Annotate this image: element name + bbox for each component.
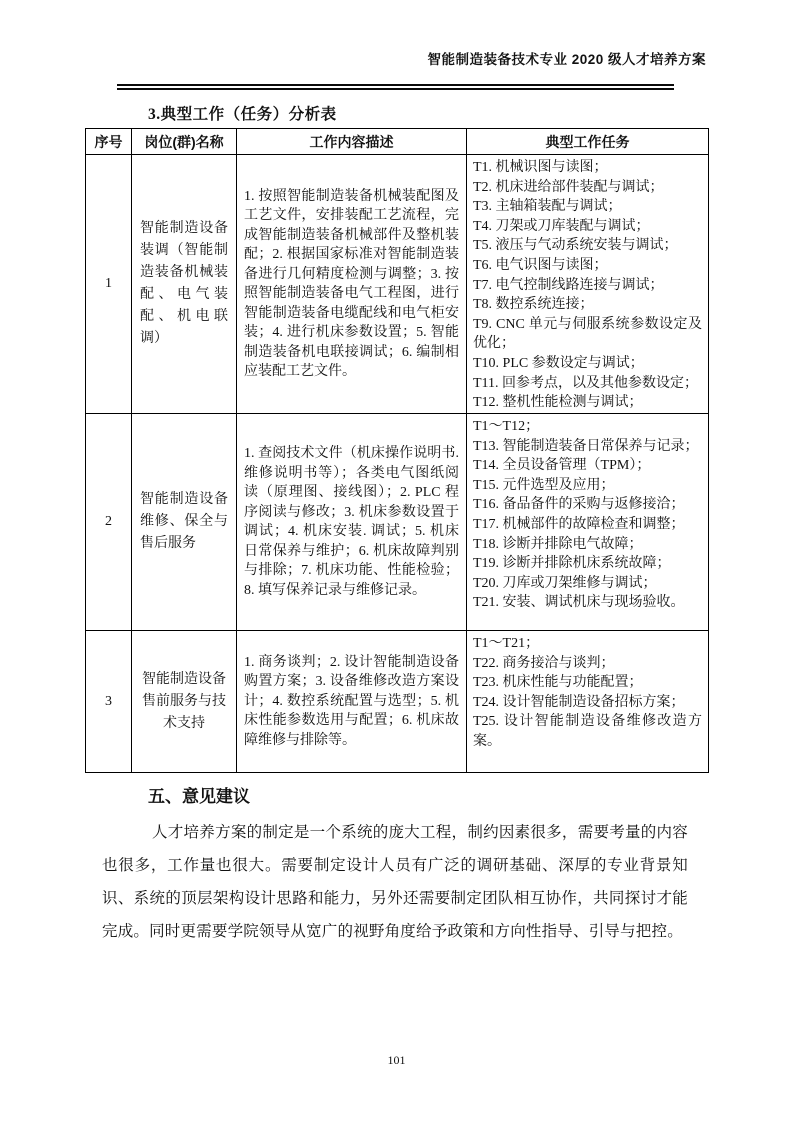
task-line: T17. 机械部件的故障检查和调整；: [473, 515, 702, 535]
table-row: 3 智能制造设备售前服务与技术支持 1. 商务谈判；2. 设计智能制造设备购置方…: [86, 631, 709, 773]
task-line: T1～T21；: [473, 634, 702, 654]
header-cell-tasks: 典型工作任务: [467, 129, 709, 155]
work-description-cell: 1. 查阅技术文件（机床操作说明书. 维修说明书等）；各类电气图纸阅读（原理图、…: [237, 414, 467, 631]
task-line: T12. 整机性能检测与调试；: [473, 393, 702, 413]
typical-tasks-cell: T1～T21；T22. 商务接洽与谈判；T23. 机床性能与功能配置；T24. …: [467, 631, 709, 773]
task-line: T1～T12；: [473, 417, 702, 437]
task-line: T14. 全员设备管理（TPM）；: [473, 456, 702, 476]
row-number-cell: 3: [86, 631, 132, 773]
task-line: T20. 刀库或刀架维修与调试；: [473, 574, 702, 594]
table-header-row: 序号 岗位(群)名称 工作内容描述 典型工作任务: [86, 129, 709, 155]
job-name-cell: 智能制造设备售前服务与技术支持: [132, 631, 237, 773]
header-rule: [117, 84, 674, 90]
task-line: T2. 机床进给部件装配与调试；: [473, 178, 702, 198]
header-cell-number: 序号: [86, 129, 132, 155]
task-line: T5. 液压与气动系统安装与调试；: [473, 236, 702, 256]
task-line: T15. 元件选型及应用；: [473, 476, 702, 496]
section-title: 五、意见建议: [148, 782, 250, 807]
task-line: T16. 备品备件的采购与返修接洽；: [473, 495, 702, 515]
table-row: 2 智能制造设备维修、保全与售后服务 1. 查阅技术文件（机床操作说明书. 维修…: [86, 414, 709, 631]
header-cell-description: 工作内容描述: [237, 129, 467, 155]
task-line: T18. 诊断并排除电气故障；: [473, 535, 702, 555]
task-line: T4. 刀架或刀库装配与调试；: [473, 217, 702, 237]
task-line: T24. 设计智能制造设备招标方案；: [473, 693, 702, 713]
analysis-table: 序号 岗位(群)名称 工作内容描述 典型工作任务 1 智能制造设备装调（智能制造…: [85, 128, 709, 773]
work-description-cell: 1. 商务谈判；2. 设计智能制造设备购置方案；3. 设备维修改造方案设计；4.…: [237, 631, 467, 773]
task-line: T8. 数控系统连接；: [473, 295, 702, 315]
task-line: T21. 安装、调试机床与现场验收。: [473, 593, 702, 613]
typical-tasks-cell: T1. 机械识图与读图；T2. 机床进给部件装配与调试；T3. 主轴箱装配与调试…: [467, 155, 709, 414]
page-header-title: 智能制造装备技术专业 2020 级人才培养方案: [85, 48, 706, 68]
table-title: 3.典型工作（任务）分析表: [148, 102, 337, 124]
row-number-cell: 1: [86, 155, 132, 414]
task-line: T23. 机床性能与功能配置；: [473, 673, 702, 693]
task-line: T13. 智能制造装备日常保养与记录；: [473, 437, 702, 457]
table-row: 1 智能制造设备装调（智能制造装备机械装配、电气装配、机电联调） 1. 按照智能…: [86, 155, 709, 414]
task-line: T1. 机械识图与读图；: [473, 158, 702, 178]
task-line: T22. 商务接洽与谈判；: [473, 654, 702, 674]
task-line: T3. 主轴箱装配与调试；: [473, 197, 702, 217]
work-description-cell: 1. 按照智能制造装备机械装配图及工艺文件，安排装配工艺流程，完成智能制造装备机…: [237, 155, 467, 414]
suggestion-paragraph: 人才培养方案的制定是一个系统的庞大工程，制约因素很多，需要考量的内容也很多，工作…: [102, 816, 688, 948]
row-number-cell: 2: [86, 414, 132, 631]
task-line: T25. 设计智能制造设备维修改造方案。: [473, 712, 702, 751]
job-name-cell: 智能制造设备装调（智能制造装备机械装配、电气装配、机电联调）: [132, 155, 237, 414]
job-name-cell: 智能制造设备维修、保全与售后服务: [132, 414, 237, 631]
task-line: T9. CNC 单元与伺服系统参数设定及优化；: [473, 315, 702, 354]
task-line: T11. 回参考点，以及其他参数设定；: [473, 374, 702, 394]
document-page: 智能制造装备技术专业 2020 级人才培养方案 3.典型工作（任务）分析表 序号…: [0, 0, 793, 1122]
task-line: T6. 电气识图与读图；: [473, 256, 702, 276]
page-number: 101: [0, 1053, 793, 1068]
typical-tasks-cell: T1～T12；T13. 智能制造装备日常保养与记录；T14. 全员设备管理（TP…: [467, 414, 709, 631]
task-line: T10. PLC 参数设定与调试；: [473, 354, 702, 374]
task-line: T19. 诊断并排除机床系统故障；: [473, 554, 702, 574]
task-line: T7. 电气控制线路连接与调试；: [473, 276, 702, 296]
header-cell-job: 岗位(群)名称: [132, 129, 237, 155]
